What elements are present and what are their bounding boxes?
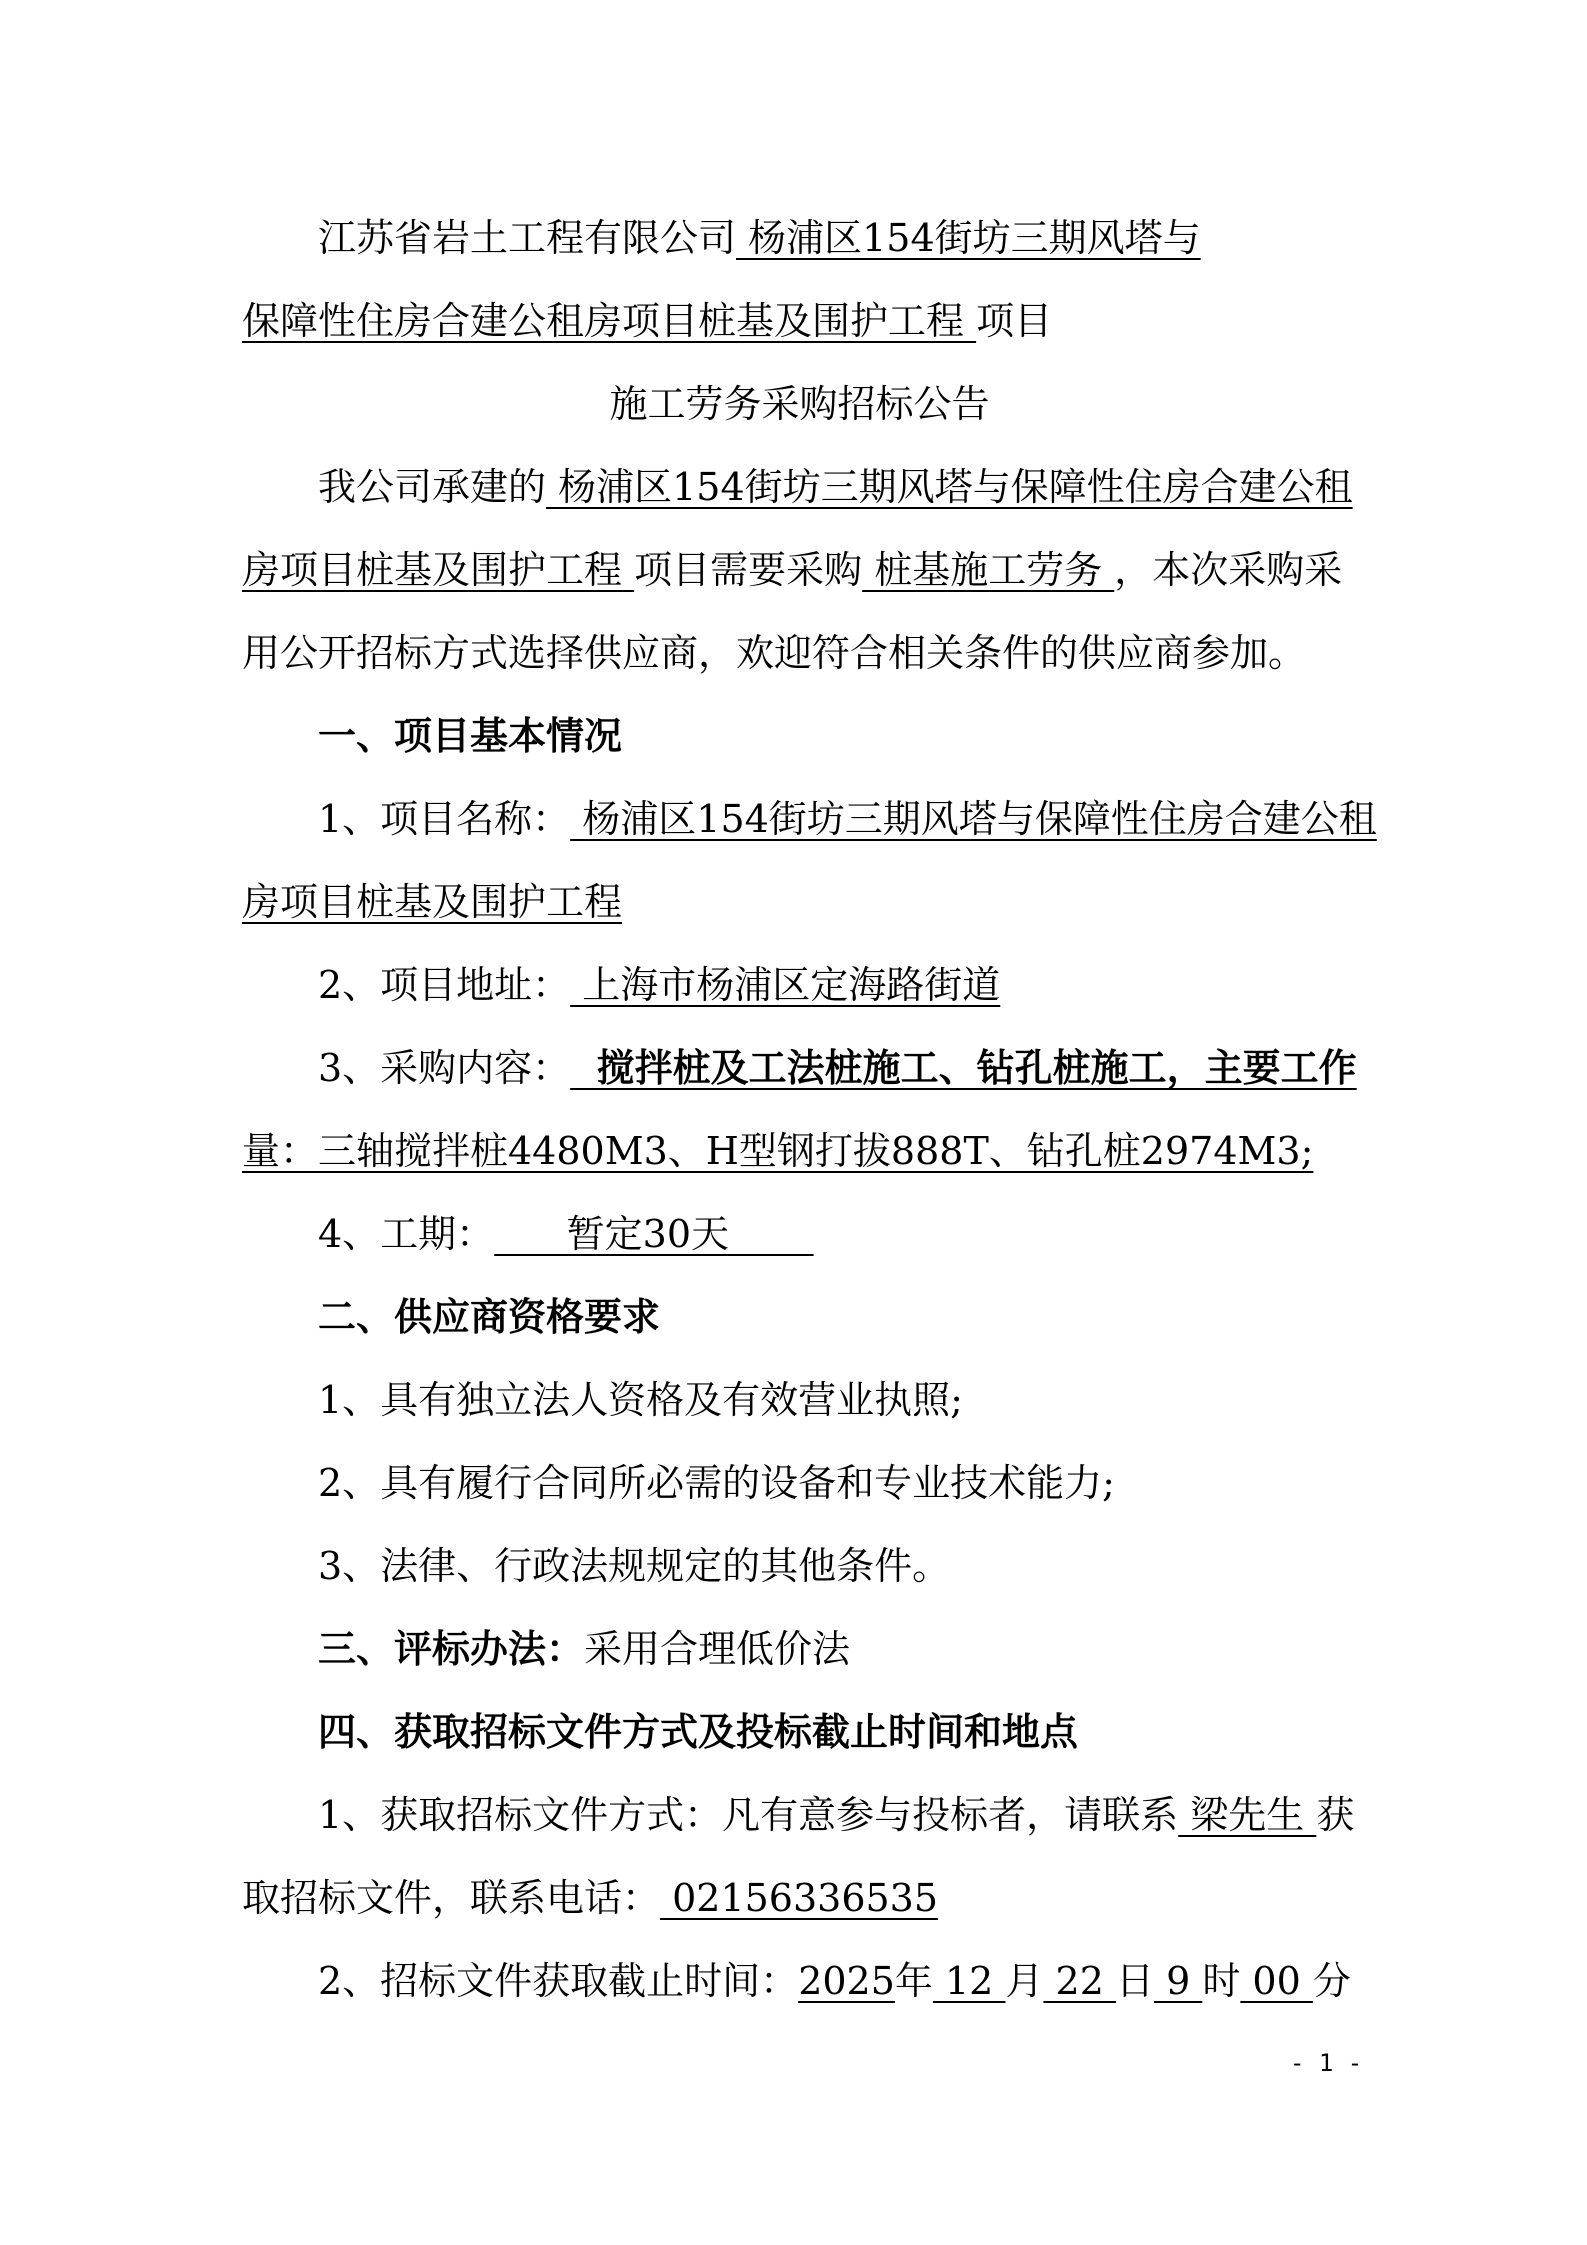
intro-line-1: 我公司承建的 杨浦区154街坊三期风塔与保障性住房合建公租 <box>318 462 1358 512</box>
deadline-month: 12 <box>933 1959 1006 2003</box>
project-address-row: 2、项目地址： 上海市杨浦区定海路街道 <box>318 960 1358 1010</box>
unit: 日 <box>1116 1959 1154 2003</box>
project-name-row-cont: 房项目桩基及围护工程 <box>242 877 1357 927</box>
section-3-heading: 三、评标办法： <box>318 1626 584 1671</box>
unit: 年 <box>895 1959 933 2003</box>
requirement-item: 3、法律、行政法规规定的其他条件。 <box>318 1541 1358 1591</box>
field-label: 4、工期： <box>318 1212 494 1256</box>
document-title: 施工劳务采购招标公告 <box>242 379 1357 429</box>
field-value: 搅拌桩及工法桩施工、钻孔桩施工，主要工作 <box>570 1045 1356 1090</box>
section-3-row: 三、评标办法：采用合理低价法 <box>318 1624 1358 1674</box>
field-label: 2、招标文件获取截止时间： <box>318 1959 798 2003</box>
field-value: 上海市杨浦区定海路街道 <box>570 963 1000 1007</box>
field-label: 取招标文件，联系电话： <box>242 1876 660 1920</box>
intro-project-name-cont: 房项目桩基及围护工程 <box>242 548 634 592</box>
project-name: 杨浦区154街坊三期风塔与 <box>736 216 1201 260</box>
project-name-cont: 保障性住房合建公租房项目桩基及围护工程 <box>242 299 976 343</box>
field-value: 杨浦区154街坊三期风塔与保障性住房合建公租 <box>570 797 1377 841</box>
field-text: 获 <box>1316 1793 1354 1837</box>
obtain-method-row: 1、获取招标文件方式：凡有意参与投标者，请联系 梁先生 获 <box>318 1790 1358 1840</box>
field-label: 1、项目名称： <box>318 797 570 841</box>
section-1-heading: 一、项目基本情况 <box>318 711 1358 761</box>
page-number: - 1 - <box>1290 2048 1362 2078</box>
contact-phone: 02156336535 <box>660 1876 938 1920</box>
intro-line-3: 用公开招标方式选择供应商，欢迎符合相关条件的供应商参加。 <box>242 628 1357 678</box>
deadline-year: 2025 <box>798 1959 895 2003</box>
document-page: 江苏省岩土工程有限公司 杨浦区154街坊三期风塔与 保障性住房合建公租房项目桩基… <box>0 0 1587 2245</box>
field-value: 房项目桩基及围护工程 <box>242 880 622 924</box>
title-line-1: 江苏省岩土工程有限公司 杨浦区154街坊三期风塔与 <box>318 213 1358 263</box>
intro-text: 项目需要采购 <box>634 548 862 592</box>
intro-text: 我公司承建的 <box>318 465 546 509</box>
unit: 分 <box>1313 1959 1351 2003</box>
field-label: 1、获取招标文件方式：凡有意参与投标者，请联系 <box>318 1793 1178 1837</box>
requirement-item: 2、具有履行合同所必需的设备和专业技术能力; <box>318 1458 1358 1508</box>
field-label: 2、项目地址： <box>318 963 570 1007</box>
company-name: 江苏省岩土工程有限公司 <box>318 216 736 260</box>
procurement-content-row-cont: 量：三轴搅拌桩4480M3、H型钢打拔888T、钻孔桩2974M3; <box>242 1126 1357 1176</box>
obtain-method-row-cont: 取招标文件，联系电话： 02156336535 <box>242 1873 1357 1923</box>
field-value: 量：三轴搅拌桩4480M3、H型钢打拔888T、钻孔桩2974M3; <box>242 1129 1313 1173</box>
field-label: 3、采购内容： <box>318 1046 570 1090</box>
deadline-day: 22 <box>1043 1959 1116 2003</box>
title-suffix: 项目 <box>976 299 1052 343</box>
deadline-row: 2、招标文件获取截止时间：2025年 12 月 22 日 9 时 00 分 <box>318 1956 1358 2006</box>
unit: 月 <box>1005 1959 1043 2003</box>
section-4-heading: 四、获取招标文件方式及投标截止时间和地点 <box>318 1707 1358 1757</box>
intro-line-2: 房项目桩基及围护工程 项目需要采购 桩基施工劳务 ，本次采购采 <box>242 545 1357 595</box>
intro-project-name: 杨浦区154街坊三期风塔与保障性住房合建公租 <box>546 465 1353 509</box>
intro-text: ，本次采购采 <box>1114 548 1342 592</box>
unit: 时 <box>1202 1959 1240 2003</box>
project-name-row: 1、项目名称： 杨浦区154街坊三期风塔与保障性住房合建公租 <box>318 794 1358 844</box>
evaluation-method: 采用合理低价法 <box>584 1627 850 1671</box>
field-value: 暂定30天 <box>494 1212 813 1256</box>
deadline-hour: 9 <box>1154 1959 1202 2003</box>
duration-row: 4、工期： 暂定30天 <box>318 1209 1358 1259</box>
requirement-item: 1、具有独立法人资格及有效营业执照; <box>318 1375 1358 1425</box>
procurement-item: 桩基施工劳务 <box>862 548 1114 592</box>
procurement-content-row: 3、采购内容： 搅拌桩及工法桩施工、钻孔桩施工，主要工作 <box>318 1043 1358 1093</box>
deadline-minute: 00 <box>1240 1959 1313 2003</box>
title-line-2: 保障性住房合建公租房项目桩基及围护工程 项目 <box>242 296 1357 346</box>
contact-person: 梁先生 <box>1178 1793 1316 1837</box>
section-2-heading: 二、供应商资格要求 <box>318 1292 1358 1342</box>
